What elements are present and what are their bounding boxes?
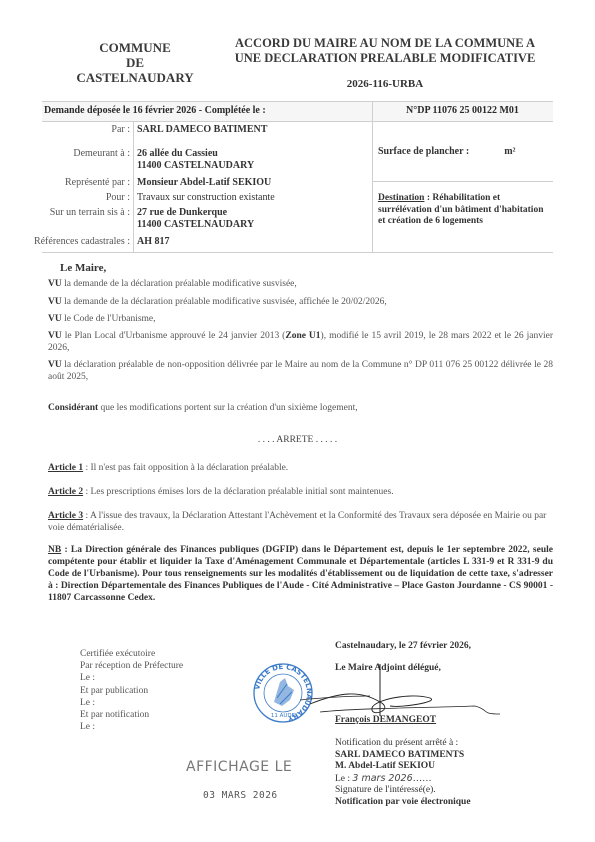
address-line: 27 rue de Dunkerque [137, 207, 254, 219]
divider [42, 252, 553, 253]
affichage-stamp-label: AFFICHAGE LE [186, 759, 292, 775]
value-terrain: 27 rue de Dunkerque 11400 CASTELNAUDARY [137, 207, 254, 231]
nb-notice: NB : La Direction générale des Finances … [48, 544, 553, 604]
article-label: Article 1 [48, 463, 83, 473]
vu-lead: VU [48, 331, 62, 341]
label-pour: Pour : [12, 192, 130, 203]
nb-text: : La Direction générale des Finances pub… [48, 545, 553, 603]
value-represente: Monsieur Abdel-Latif SEKIOU [137, 177, 271, 189]
value-par: SARL DAMECO BATIMENT [137, 124, 267, 136]
label-demeurant: Demeurant à : [12, 148, 130, 159]
notification-company: SARL DAMECO BATIMENTS [335, 750, 471, 762]
place-date: Castelnaudary, le 27 février 2026, [335, 641, 471, 651]
nb-label: NB [48, 545, 61, 555]
vu-clause: VU la déclaration préalable de non-oppos… [48, 360, 553, 383]
zone-code: Zone U1 [285, 331, 320, 341]
value-pour: Travaux sur construction existante [137, 192, 275, 204]
vu-text: la demande de la déclaration préalable m… [62, 279, 297, 289]
vu-clause: VU le Code de l'Urbanisme, [48, 314, 553, 326]
notification-block: Notification du présent arrêté à : SARL … [335, 738, 471, 808]
vu-lead: VU [48, 297, 62, 307]
destination-label: Destination [378, 193, 424, 203]
label-terrain: Sur un terrain sis à : [12, 207, 130, 218]
surface-label: Surface de plancher : [378, 146, 469, 157]
considerant-clause: Considérant que les modifications porten… [48, 403, 553, 415]
address-line: 26 allée du Cassieu [137, 148, 254, 160]
commune-line: DE [70, 55, 200, 70]
maire-heading: Le Maire, [60, 262, 106, 274]
table-header: Demande déposée le 16 février 2026 - Com… [42, 101, 553, 122]
submission-date: Demande déposée le 16 février 2026 - Com… [44, 105, 266, 116]
value-demeurant: 26 allée du Cassieu 11400 CASTELNAUDARY [137, 148, 254, 172]
cert-line: Certifiée exécutoire [80, 648, 183, 660]
svg-text:11 AUDE: 11 AUDE [271, 713, 296, 719]
divider [133, 121, 134, 252]
considerant-text: que les modifications portent sur la cré… [98, 403, 357, 413]
article-text: : A l'issue des travaux, la Déclaration … [48, 511, 546, 533]
vu-lead: VU [48, 279, 62, 289]
label-par: Par : [12, 124, 130, 135]
article-label: Article 2 [48, 487, 83, 497]
notification-person: M. Abdel-Latif SEKIOU [335, 761, 471, 773]
handwritten-date: 3 mars 2026 [352, 773, 412, 784]
article-text: : Il n'est pas fait opposition à la décl… [83, 463, 288, 473]
vu-clause: VU la demande de la déclaration préalabl… [48, 279, 553, 291]
cert-line: Le : [80, 721, 183, 733]
address-line: 11400 CASTELNAUDARY [137, 219, 254, 231]
article-2: Article 2 : Les prescriptions émises lor… [48, 487, 553, 499]
handwritten-signature-icon [300, 662, 510, 722]
certification-block: Certifiée exécutoire Par réception de Pr… [80, 648, 183, 733]
vu-text: la demande de la déclaration préalable m… [62, 297, 387, 307]
cert-line: Et par publication [80, 685, 183, 697]
vu-text: la déclaration préalable de non-oppositi… [48, 360, 553, 382]
destination-cell: Destination : Réhabilitation et surrélév… [378, 193, 548, 228]
article-text: : Les prescriptions émises lors de la dé… [83, 487, 394, 497]
commune-name: COMMUNE DE CASTELNAUDARY [70, 40, 200, 85]
date-label: Le : [335, 774, 352, 784]
notification-date: Le : 3 mars 2026…… [335, 773, 471, 786]
vu-clause: VU la demande de la déclaration préalabl… [48, 297, 553, 309]
cert-line: Le : [80, 672, 183, 684]
cert-line: Le : [80, 697, 183, 709]
address-line: 11400 CASTELNAUDARY [137, 160, 254, 172]
vu-text: le Plan Local d'Urbanisme approuvé le 24… [62, 331, 286, 341]
article-1: Article 1 : Il n'est pas fait opposition… [48, 463, 553, 475]
notification-signature-label: Signature de l'intéressé(e). [335, 785, 471, 797]
request-info-table: Demande déposée le 16 février 2026 - Com… [42, 101, 553, 252]
notification-method: Notification par voie électronique [335, 797, 471, 809]
signatory-name: François DEMANGEOT [335, 715, 436, 725]
article-label: Article 3 [48, 511, 83, 521]
notification-intro: Notification du présent arrêté à : [335, 738, 471, 750]
vu-text: le Code de l'Urbanisme, [62, 314, 156, 324]
considerant-lead: Considérant [48, 403, 98, 413]
document-title: ACCORD DU MAIRE AU NOM DE LA COMMUNE A U… [215, 36, 555, 66]
article-3: Article 3 : A l'issue des travaux, la Dé… [48, 511, 553, 534]
divider [372, 101, 373, 252]
title-line: UNE DECLARATION PREALABLE MODIFICATIVE [215, 51, 555, 66]
vu-lead: VU [48, 360, 62, 370]
value-cadastre: AH 817 [137, 236, 170, 248]
cert-line: Et par notification [80, 709, 183, 721]
surface-unit: m² [504, 146, 515, 157]
document-reference: 2026-116-URBA [215, 78, 555, 90]
divider [372, 181, 553, 182]
label-represente: Représenté par : [12, 177, 130, 188]
cert-line: Par réception de Préfecture [80, 660, 183, 672]
affichage-stamp-date: 03 MARS 2026 [203, 790, 278, 801]
label-cadastre: Références cadastrales : [12, 236, 130, 247]
commune-line: COMMUNE [70, 40, 200, 55]
vu-lead: VU [48, 314, 62, 324]
title-line: ACCORD DU MAIRE AU NOM DE LA COMMUNE A [215, 36, 555, 51]
vu-clause: VU le Plan Local d'Urbanisme approuvé le… [48, 331, 553, 354]
surface-cell: Surface de plancher : m² [378, 146, 548, 158]
commune-line: CASTELNAUDARY [70, 70, 200, 85]
dp-number: N°DP 11076 25 00122 M01 [372, 105, 553, 116]
arrete-heading: . . . . ARRETE . . . . . [42, 435, 553, 445]
